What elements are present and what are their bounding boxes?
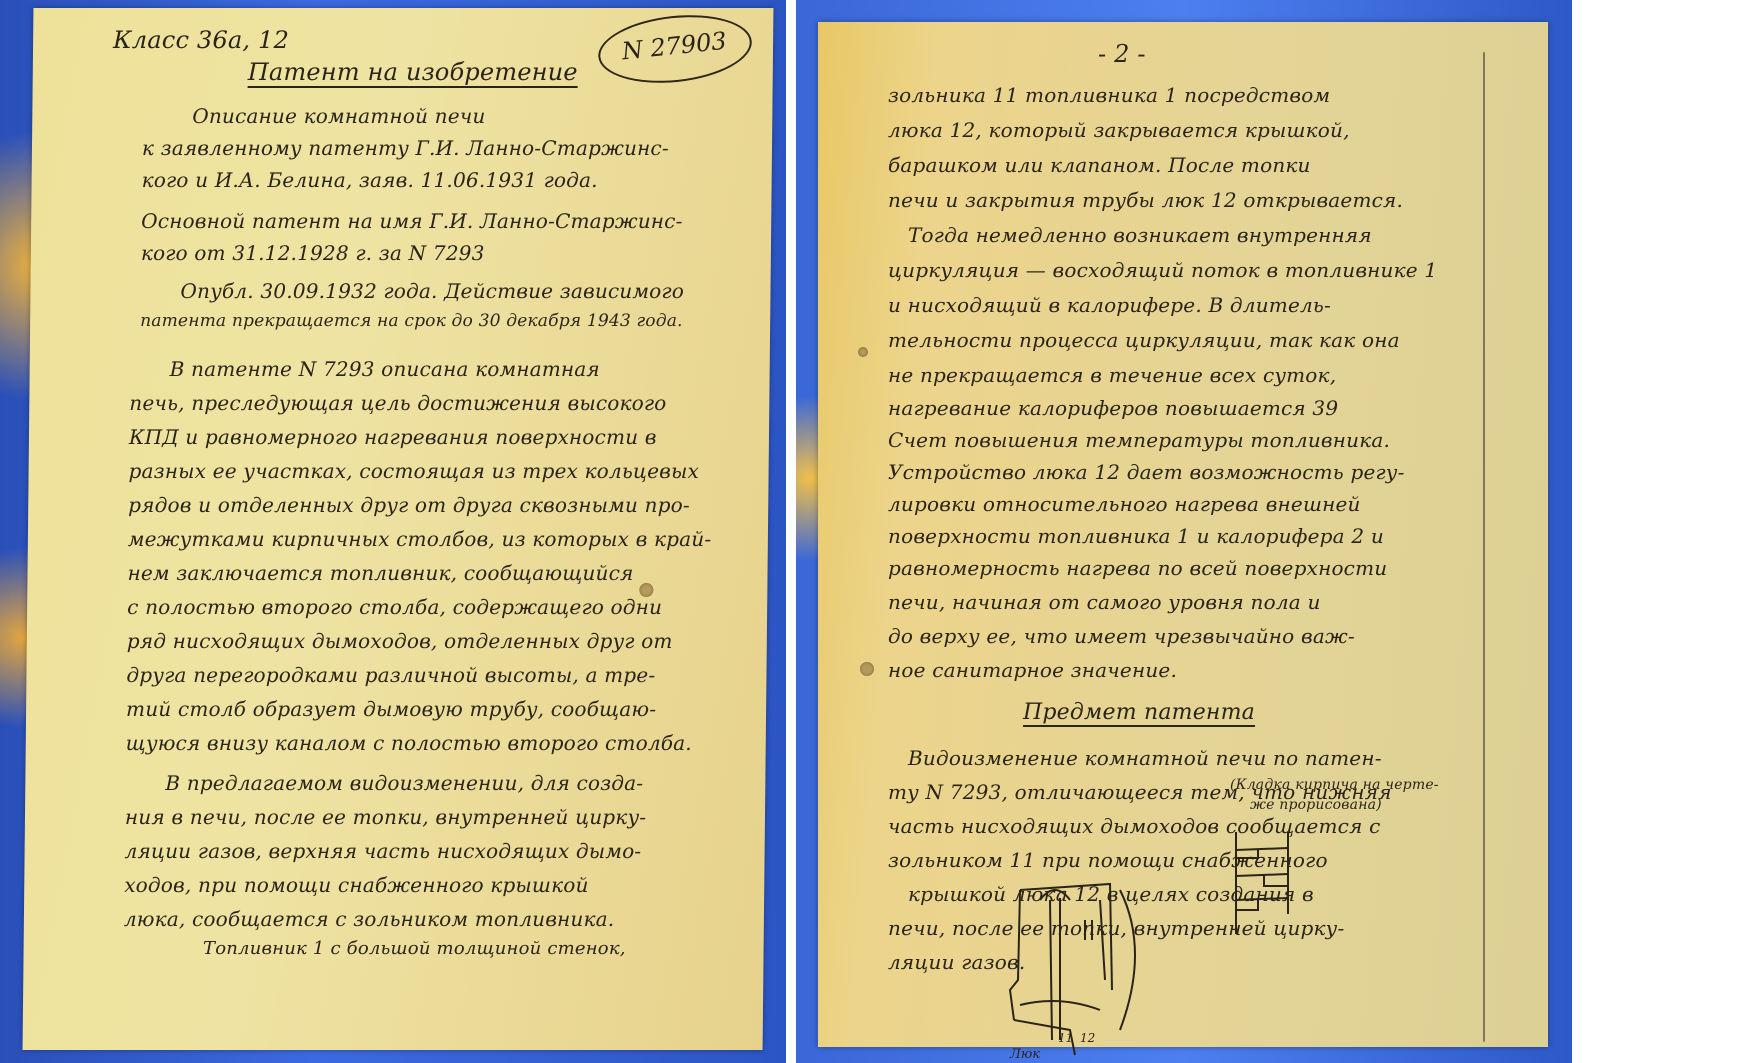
line: ляции газов, верхняя часть нисходящих ды…	[124, 833, 641, 869]
line: кого и И.А. Белина, заяв. 11.06.1931 год…	[141, 162, 598, 198]
right-page-photo: - 2 - зольника 11 топливника 1 посредств…	[796, 0, 1572, 1063]
punch-hole	[858, 347, 868, 357]
svg-text:11: 11	[1058, 1031, 1073, 1045]
line: Устройство люка 12 дает возможность регу…	[888, 454, 1405, 490]
punch-hole	[860, 662, 874, 676]
line: до верху ее, что имеет чрезвычайно важ-	[888, 618, 1355, 654]
svg-text:12: 12	[1080, 1031, 1095, 1045]
page-number: - 2 -	[1098, 40, 1146, 68]
line: печь, преследующая цель достижения высок…	[129, 385, 667, 421]
line: нем заключается топливник, сообщающийся	[127, 555, 633, 591]
stove-sketch-icon: 11 12 Люк	[1000, 870, 1170, 1060]
line: тельности процесса циркуляции, так как о…	[888, 322, 1400, 358]
claim-line: Видоизменение комнатной печи по патен-	[908, 740, 1382, 776]
svg-text:Люк: Люк	[1009, 1047, 1040, 1060]
line: патента прекращается на срок до 30 декаб…	[140, 303, 683, 339]
class-label: Класс 36а, 12	[113, 26, 289, 54]
line: ряд нисходящих дымоходов, отделенных дру…	[127, 623, 673, 659]
sketch-note-line: (Кладка кирпича на черте-	[1230, 775, 1439, 795]
line: люка, сообщается с зольником топливника.	[124, 901, 615, 937]
page-1-sheet: Класс 36а, 12 N 27903 Патент на изобрете…	[23, 8, 774, 1050]
punch-hole	[639, 583, 653, 597]
line: друга перегородками различной высоты, а …	[126, 657, 655, 693]
line: тий столб образует дымовую трубу, сообща…	[126, 691, 657, 727]
brick-sketch-icon	[1228, 828, 1298, 938]
left-page-photo: Класс 36а, 12 N 27903 Патент на изобрете…	[0, 0, 786, 1063]
brick-wall-sketch	[1228, 828, 1298, 938]
line: ходов, при помощи снабженного крышкой	[124, 867, 589, 903]
line: барашком или клапаном. После топки	[888, 147, 1311, 183]
line: щуюся внизу каналом с полостью второго с…	[126, 725, 693, 761]
page-1-heading: Патент на изобретение	[248, 58, 578, 86]
line: печи и закрытия трубы люк 12 открывается…	[888, 182, 1403, 218]
line: рядов и отделенных друг от друга сквозны…	[128, 487, 690, 523]
line: не прекращается в течение всех суток,	[888, 357, 1336, 393]
line: кого от 31.12.1928 г. за N 7293	[141, 235, 485, 271]
stove-cross-section-sketch: 11 12 Люк	[1000, 870, 1170, 1060]
patent-number-stamp: N 27903	[595, 8, 755, 90]
line: разных ее участках, состоящая из трех ко…	[128, 453, 699, 489]
patent-number: N 27903	[621, 27, 728, 66]
line: поверхности топливника 1 и калорифера 2 …	[888, 518, 1384, 554]
line: печи, начиная от самого уровня пола и	[888, 584, 1321, 620]
sketch-note: (Кладка кирпича на черте- же прорисована…	[1230, 775, 1439, 815]
line: межутками кирпичных столбов, из которых …	[128, 521, 712, 557]
line: с полостью второго столба, содержащего о…	[127, 589, 662, 625]
line: люка 12, который закрывается крышкой,	[888, 112, 1350, 148]
line: ния в печи, после ее топки, внутренней ц…	[125, 799, 647, 835]
line: ное санитарное значение.	[888, 652, 1177, 688]
white-margin	[1572, 0, 1750, 1063]
line: В патенте N 7293 описана комнатная	[169, 351, 600, 387]
line: В предлагаемом видоизменении, для созда-	[165, 765, 643, 801]
line: КПД и равномерного нагревания поверхност…	[129, 419, 657, 455]
line: равномерность нагрева по всей поверхност…	[888, 550, 1387, 586]
line: циркуляция — восходящий поток в топливни…	[888, 252, 1437, 288]
line: к заявленному патенту Г.И. Ланно-Старжин…	[142, 130, 669, 166]
page-2-sheet: - 2 - зольника 11 топливника 1 посредств…	[818, 22, 1548, 1047]
sketch-note-line: же прорисована)	[1230, 795, 1439, 815]
line: Описание комнатной печи	[192, 98, 486, 134]
line: и нисходящий в калорифере. В длитель-	[888, 287, 1331, 323]
margin-line	[1483, 52, 1485, 1042]
line: зольника 11 топливника 1 посредством	[888, 77, 1330, 113]
line: Тогда немедленно возникает внутренняя	[908, 217, 1372, 253]
page-2-heading: Предмет патента	[1023, 700, 1255, 725]
line: Основной патент на имя Г.И. Ланно-Старжи…	[141, 203, 683, 239]
line: нагревание калориферов повышается 39	[888, 390, 1338, 426]
line: лировки относительного нагрева внешней	[888, 486, 1361, 522]
line: Счет повышения температуры топливника.	[888, 422, 1390, 458]
